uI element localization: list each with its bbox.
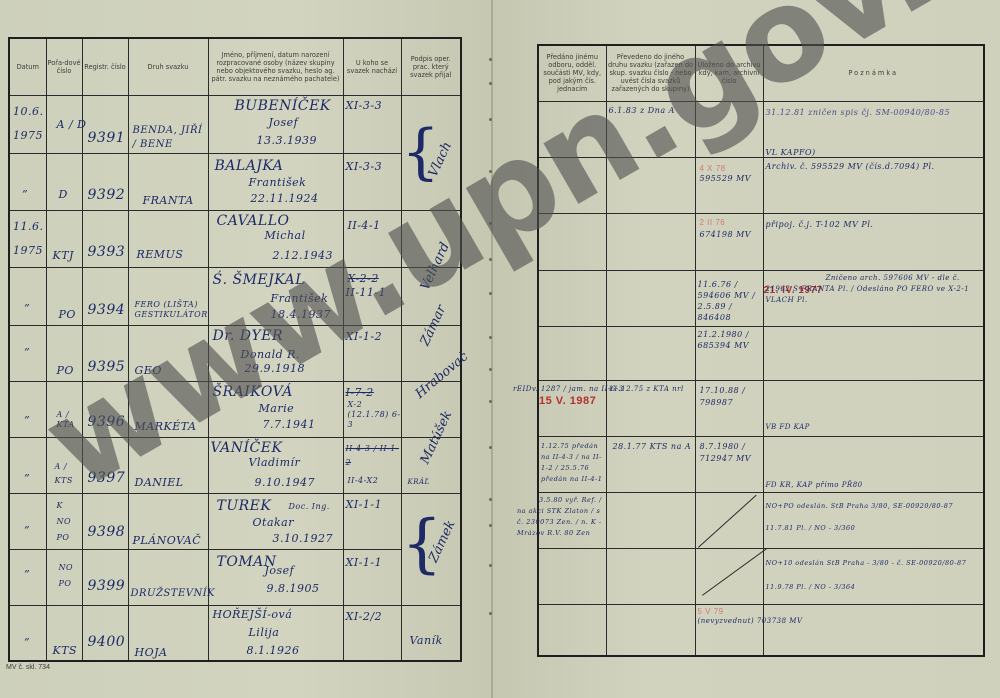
binding-stitch bbox=[489, 498, 492, 501]
cell-order: A / KTS bbox=[46, 437, 82, 493]
cell-signature: Vaník bbox=[401, 605, 461, 661]
binding-stitch bbox=[489, 368, 492, 371]
binding-stitch bbox=[489, 612, 492, 615]
cell-note: VL KAPFO) Archiv. č. 595529 MV (čís.d.70… bbox=[763, 157, 984, 213]
cell-location: XI-3-3 bbox=[343, 153, 401, 210]
cell-reg: 9392 bbox=[82, 153, 128, 210]
cell-archived: 2 II 76 674198 MV bbox=[695, 213, 763, 270]
cell-handed bbox=[538, 548, 606, 604]
cell-date: 11.6. 1975 bbox=[9, 210, 46, 267]
table-row: ” A / KTA 9396 MARKÉTA ŠRAIKOVÁ Marie 7.… bbox=[9, 381, 461, 437]
cell-kind: BENDA, JIŘÍ / BENE bbox=[128, 95, 208, 153]
cell-transferred bbox=[606, 604, 695, 656]
cell-kind: FRANTA bbox=[128, 153, 208, 210]
cell-handed: 3.5.80 vyř. Ref. / na akci STK Zlaton / … bbox=[538, 492, 606, 548]
cell-archived: 17.10.88 / 798987 bbox=[695, 380, 763, 436]
cell-transferred bbox=[606, 326, 695, 380]
cell-archived: 21.2.1980 / 685394 MV bbox=[695, 326, 763, 380]
table-row: 4 X 78 595529 MV VL KAPFO) Archiv. č. 59… bbox=[538, 157, 984, 213]
cell-note: připoj. č.j. T-102 MV Pl. bbox=[763, 213, 984, 270]
cell-archived: 5 V 79 (nevyzvednut) 703738 MV bbox=[695, 604, 763, 656]
archive-stamp: 2 II 76 bbox=[700, 218, 726, 227]
cell-order: NO PO bbox=[46, 549, 82, 605]
cancel-slash bbox=[702, 547, 767, 595]
cell-location: XI-2/2 bbox=[343, 605, 401, 661]
cell-order: D bbox=[46, 153, 82, 210]
cell-archived bbox=[695, 492, 763, 548]
cell-note bbox=[763, 326, 984, 380]
cell-person: VANÍČEK Vladimír 9.10.1947 bbox=[208, 437, 343, 493]
header-file-type: Druh svazku bbox=[128, 38, 208, 95]
cell-archived bbox=[695, 548, 763, 604]
binding-stitch bbox=[489, 58, 492, 61]
table-row: ” PO 9395 GEO Dr. DYER Donald R. 29.9.19… bbox=[9, 325, 461, 381]
register-table-left: Datum Pořa-dové číslo Registr. číslo Dru… bbox=[8, 37, 462, 662]
table-row: 6.1.83 z Dna A 31.12.81 zničen spis čj. … bbox=[538, 101, 984, 157]
table-row: ” A / KTS 9397 DANIEL VANÍČEK Vladimír 9… bbox=[9, 437, 461, 493]
table-row: 11.6. 1975 KTJ 9393 REMUS CAVALLO Michal… bbox=[9, 210, 461, 267]
binding-stitch bbox=[489, 258, 492, 261]
cell-handed: rEIDv. 1287 / jam. na II-6-3 15 V. 1987 bbox=[538, 380, 606, 436]
cell-handed: 1.12.75 předán na II-4-3 / na II-1-2 / 2… bbox=[538, 436, 606, 492]
cell-signature: KRÁĽ bbox=[401, 437, 461, 493]
cell-kind: REMUS bbox=[128, 210, 208, 267]
cell-location: I-7-2 X-2 (12.1.78) 6-3 bbox=[343, 381, 401, 437]
cell-note: FD KR, KAP přímo PŘ80 bbox=[763, 436, 984, 492]
header-row: Předáno jinému odboru, odděl. součásti M… bbox=[538, 45, 984, 101]
table-row: NO+10 odeslán StB Praha - 3/80 - č. SE-0… bbox=[538, 548, 984, 604]
binding-stitch bbox=[489, 222, 492, 225]
archive-stamp: 4 X 78 bbox=[700, 164, 726, 173]
cell-reg: 9391 bbox=[82, 95, 128, 153]
cancel-slash bbox=[698, 494, 757, 547]
cell-note: NO+PO odeslán. StB Praha 3/80, SE-00920/… bbox=[763, 492, 984, 548]
binding-stitch bbox=[489, 524, 492, 527]
cell-handed bbox=[538, 213, 606, 270]
page-gutter bbox=[491, 0, 493, 698]
table-row: rEIDv. 1287 / jam. na II-6-3 15 V. 1987 … bbox=[538, 380, 984, 436]
cell-transferred bbox=[606, 270, 695, 326]
cell-handed bbox=[538, 157, 606, 213]
header-transferred: Převedeno do jiného druhu svazku (zařaze… bbox=[606, 45, 695, 101]
cell-reg: 9394 bbox=[82, 267, 128, 325]
date-stamp: 15 V. 1987 bbox=[539, 395, 596, 407]
cell-archived: 11.6.76 / 594606 MV / 2.5.89 / 846408 bbox=[695, 270, 763, 326]
register-table-right: Předáno jinému odboru, odděl. součásti M… bbox=[537, 44, 985, 657]
cell-handed bbox=[538, 326, 606, 380]
cell-archived: 4 X 78 595529 MV bbox=[695, 157, 763, 213]
cell-order: A / D bbox=[46, 95, 82, 153]
cell-person: TUREK Doc. Ing. Otakar 3.10.1927 bbox=[208, 493, 343, 549]
cell-reg: 9397 bbox=[82, 437, 128, 493]
cell-reg: 9393 bbox=[82, 210, 128, 267]
header-person-name: Jméno, příjmení, datum narození rozpraco… bbox=[208, 38, 343, 95]
brace-mark: { bbox=[402, 102, 441, 202]
cell-handed bbox=[538, 270, 606, 326]
cell-kind: MARKÉTA bbox=[128, 381, 208, 437]
cell-order: KTJ bbox=[46, 210, 82, 267]
cell-person: CAVALLO Michal 2.12.1943 bbox=[208, 210, 343, 267]
header-archived: Uloženo do archivu kdy, kam, archivní čí… bbox=[695, 45, 763, 101]
cell-signature: Matúšek bbox=[401, 381, 461, 437]
cell-order: K NO PO bbox=[46, 493, 82, 549]
cell-reg: 9400 bbox=[82, 605, 128, 661]
cell-reg: 9395 bbox=[82, 325, 128, 381]
cell-order: KTS bbox=[46, 605, 82, 661]
cell-location: II-4-1 bbox=[343, 210, 401, 267]
cell-signature: { Vlach bbox=[401, 95, 461, 210]
table-row: ” D 9392 FRANTA BALAJKA František 22.11.… bbox=[9, 153, 461, 210]
binding-stitch bbox=[489, 82, 492, 85]
cell-date: ” bbox=[9, 493, 46, 549]
cell-handed bbox=[538, 101, 606, 157]
cell-person: HOŘEJŠÍ-ová Lilija 8.1.1926 bbox=[208, 605, 343, 661]
header-row: Datum Pořa-dové číslo Registr. číslo Dru… bbox=[9, 38, 461, 95]
cell-date: ” bbox=[9, 267, 46, 325]
binding-stitch bbox=[489, 446, 492, 449]
binding-stitch bbox=[489, 170, 492, 173]
cell-person: Dr. DYER Donald R. 29.9.1918 bbox=[208, 325, 343, 381]
cell-transferred bbox=[606, 492, 695, 548]
binding-stitch bbox=[489, 336, 492, 339]
cell-transferred bbox=[606, 213, 695, 270]
cell-date: 10.6. 1975 bbox=[9, 95, 46, 153]
table-row: 3.5.80 vyř. Ref. / na akci STK Zlaton / … bbox=[538, 492, 984, 548]
cell-order: PO bbox=[46, 267, 82, 325]
cell-transferred: 28.1.77 KTS na A bbox=[606, 436, 695, 492]
cell-note: 21. IV. 1977 Zničeno arch. 597606 MV - d… bbox=[763, 270, 984, 326]
cell-reg: 9396 bbox=[82, 381, 128, 437]
cell-archived bbox=[695, 101, 763, 157]
cell-note: NO+10 odeslán StB Praha - 3/80 - č. SE-0… bbox=[763, 548, 984, 604]
cell-transferred: 6.1.83 z Dna A bbox=[606, 101, 695, 157]
cell-person: Ś. ŠMEJKAL František 18.4.1937 bbox=[208, 267, 343, 325]
table-row: ” KTS 9400 HOJA HOŘEJŠÍ-ová Lilija 8.1.1… bbox=[9, 605, 461, 661]
archive-stamp: 5 V 79 bbox=[698, 607, 724, 616]
binding-stitch bbox=[489, 564, 492, 567]
cell-person: TOMAN Josef 9.8.1905 bbox=[208, 549, 343, 605]
header-location: U koho se svazek nachází bbox=[343, 38, 401, 95]
cell-date: ” bbox=[9, 325, 46, 381]
cell-signature: Zámar bbox=[401, 267, 461, 325]
header-signature: Podpis oper. prac. který svazek přijal bbox=[401, 38, 461, 95]
cell-location: XI-1-1 bbox=[343, 549, 401, 605]
table-row: 1.12.75 předán na II-4-3 / na II-1-2 / 2… bbox=[538, 436, 984, 492]
cell-kind: DANIEL bbox=[128, 437, 208, 493]
binding-stitch bbox=[489, 400, 492, 403]
table-row: ” NO PO 9399 DRUŽSTEVNÍK TOMAN Josef 9.8… bbox=[9, 549, 461, 605]
header-handed-over: Předáno jinému odboru, odděl. součásti M… bbox=[538, 45, 606, 101]
cell-location: XI-1-1 bbox=[343, 493, 401, 549]
cell-location: II-4-3 / II-1-2 II-4-X2 bbox=[343, 437, 401, 493]
table-row: 2 II 76 674198 MV připoj. č.j. T-102 MV … bbox=[538, 213, 984, 270]
cell-order: PO bbox=[46, 325, 82, 381]
cell-signature: Hrabovač bbox=[401, 325, 461, 381]
cell-date: ” bbox=[9, 153, 46, 210]
cell-transferred: 11.12.75 z KTA nrl bbox=[606, 380, 695, 436]
table-row: ” PO 9394 FERO (LIŠTA) GESTIKULÁTOR Ś. Š… bbox=[9, 267, 461, 325]
cell-person: BUBENÍČEK Josef 13.3.1939 bbox=[208, 95, 343, 153]
cell-kind: PLÁNOVAČ bbox=[128, 493, 208, 549]
table-row: 10.6. 1975 A / D 9391 BENDA, JIŘÍ / BENE… bbox=[9, 95, 461, 153]
cell-transferred bbox=[606, 157, 695, 213]
form-code: MV č. skl. 734 bbox=[6, 664, 50, 671]
cell-person: ŠRAIKOVÁ Marie 7.7.1941 bbox=[208, 381, 343, 437]
table-row: ” K NO PO 9398 PLÁNOVAČ TUREK Doc. Ing. … bbox=[9, 493, 461, 549]
cell-reg: 9398 bbox=[82, 493, 128, 549]
cell-reg: 9399 bbox=[82, 549, 128, 605]
cell-handed bbox=[538, 604, 606, 656]
cell-date: ” bbox=[9, 549, 46, 605]
cell-date: ” bbox=[9, 381, 46, 437]
cell-transferred bbox=[606, 548, 695, 604]
cell-archived: 8.7.1980 / 712947 MV bbox=[695, 436, 763, 492]
cell-location: XI-3-3 bbox=[343, 95, 401, 153]
table-row: 21.2.1980 / 685394 MV bbox=[538, 326, 984, 380]
cell-location: X-2-2 II-11-1 bbox=[343, 267, 401, 325]
table-row: 11.6.76 / 594606 MV / 2.5.89 / 846408 21… bbox=[538, 270, 984, 326]
cell-signature: { Zámek bbox=[401, 493, 461, 605]
cell-signature: Velhard bbox=[401, 210, 461, 267]
header-registry-number: Registr. číslo bbox=[82, 38, 128, 95]
cell-kind: GEO bbox=[128, 325, 208, 381]
table-row: 5 V 79 (nevyzvednut) 703738 MV bbox=[538, 604, 984, 656]
cell-kind: DRUŽSTEVNÍK bbox=[128, 549, 208, 605]
cell-note bbox=[763, 604, 984, 656]
header-note: Poznámka bbox=[763, 45, 984, 101]
binding-stitch bbox=[489, 292, 492, 295]
header-date: Datum bbox=[9, 38, 46, 95]
binding-stitch bbox=[489, 118, 492, 121]
cell-order: A / KTA bbox=[46, 381, 82, 437]
cell-kind: FERO (LIŠTA) GESTIKULÁTOR bbox=[128, 267, 208, 325]
cell-location: XI-1-2 bbox=[343, 325, 401, 381]
cell-kind: HOJA bbox=[128, 605, 208, 661]
cell-person: BALAJKA František 22.11.1924 bbox=[208, 153, 343, 210]
cell-date: ” bbox=[9, 437, 46, 493]
header-order-number: Pořa-dové číslo bbox=[46, 38, 82, 95]
cell-date: ” bbox=[9, 605, 46, 661]
cell-note: VB FD KAP bbox=[763, 380, 984, 436]
